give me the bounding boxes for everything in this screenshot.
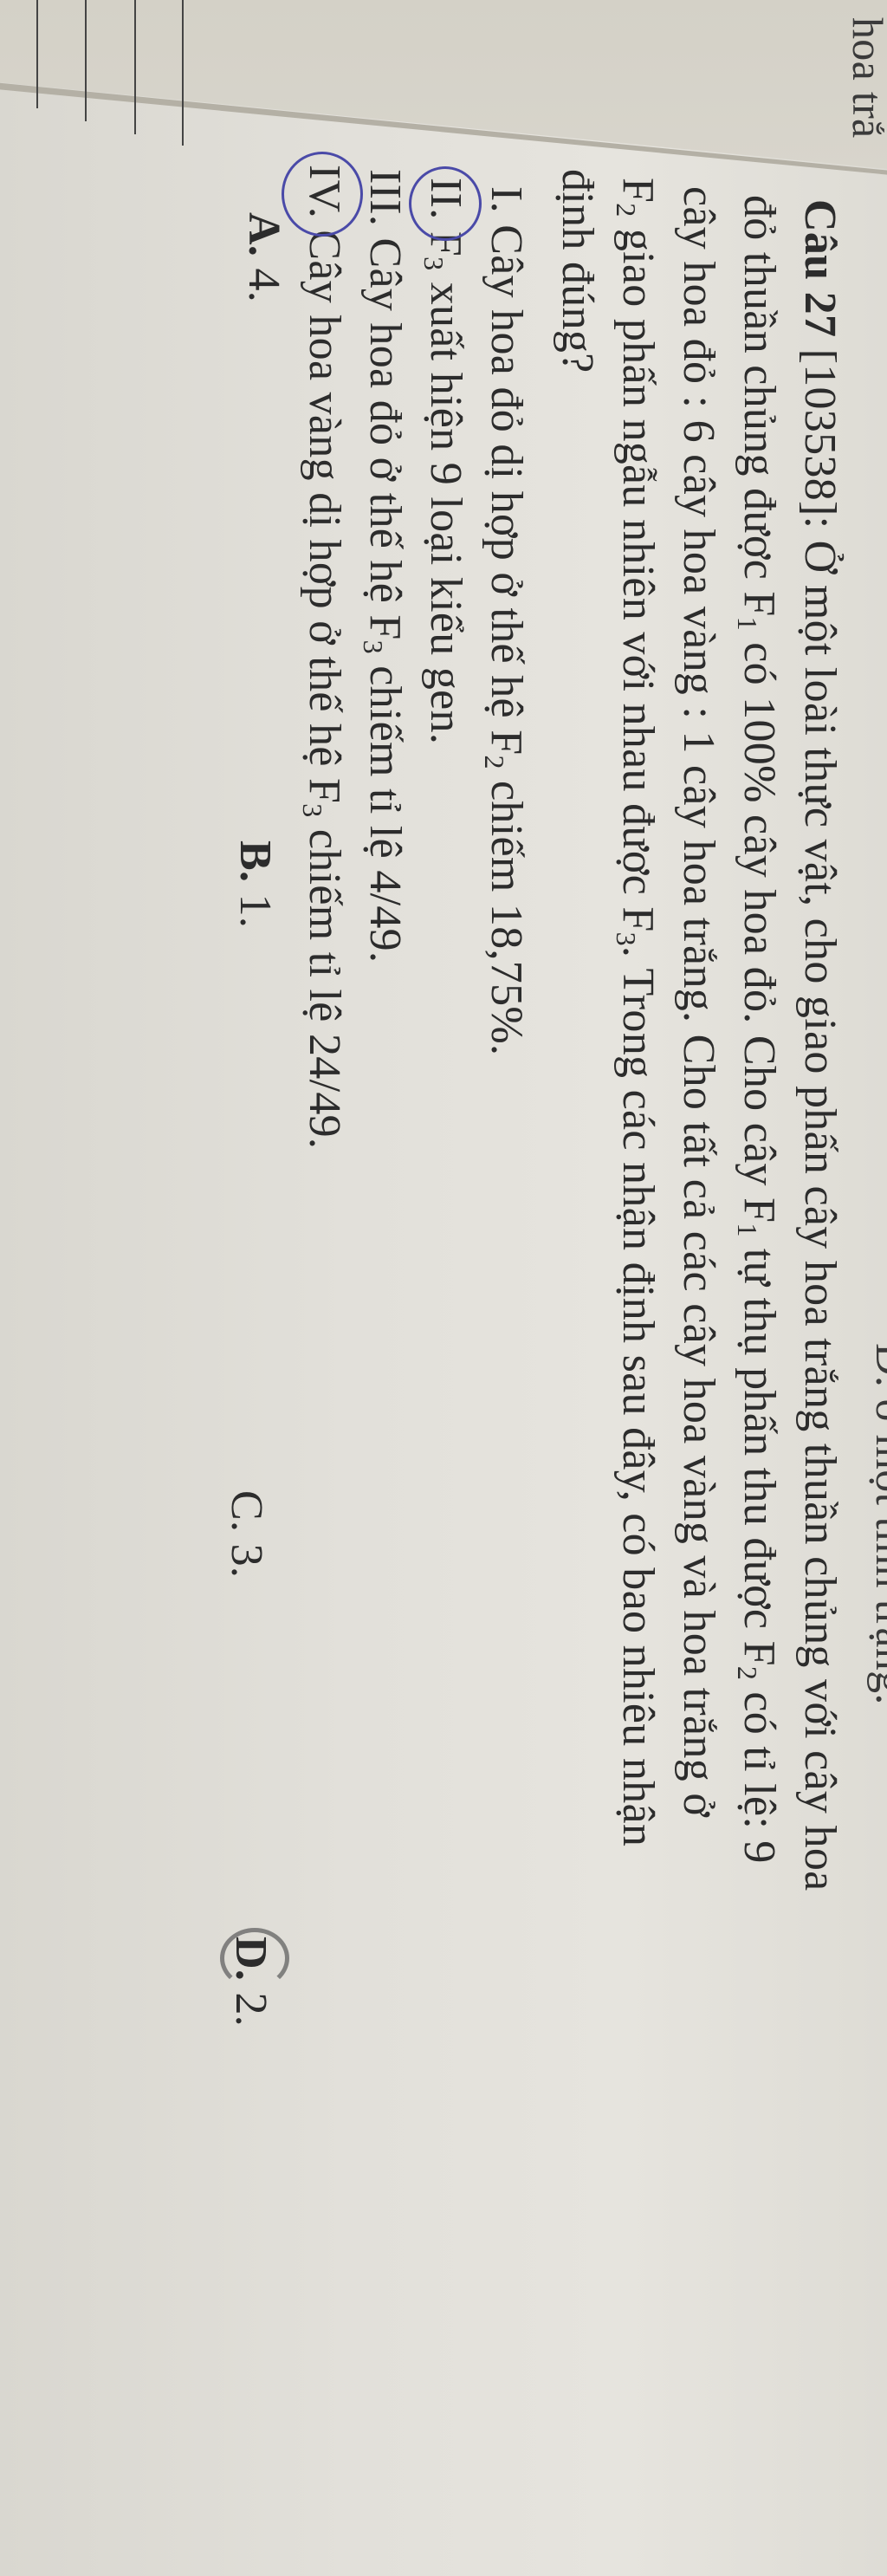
statement-text: xuất hiện 9 loại kiểu gen. xyxy=(421,270,470,744)
answer-option-b: B. 1. xyxy=(229,840,281,928)
question-id: [103538]: xyxy=(795,349,845,529)
question-line-2: đỏ thuần chủng được F1 có 100% cây hoa đ… xyxy=(733,195,785,1864)
answer-value: 3. xyxy=(222,1532,271,1578)
statement-numeral: I. xyxy=(482,186,531,213)
question-text: đỏ thuần chủng được F xyxy=(735,195,784,617)
statement-text: chiếm 18,75%. xyxy=(482,769,531,1056)
subscript: 2 xyxy=(732,1666,763,1680)
subscript: 3 xyxy=(611,932,642,946)
question-label: Câu 27 xyxy=(795,199,845,337)
statement-text: chiếm tỉ lệ 24/49. xyxy=(300,818,349,1150)
question-text: Ở một loài thực vật, cho giao phấn cây h… xyxy=(795,529,845,1891)
answer-letter: B. xyxy=(230,840,280,882)
answer-option-c: C. 3. xyxy=(220,1490,272,1578)
photographed-exam-page: hoa trắ D. ở một tính trạng. Câu 27 [103… xyxy=(0,0,887,2576)
previous-question-option-d: D. ở một tính trạng. xyxy=(864,1343,887,1705)
pen-circle-mark-iv xyxy=(282,152,363,237)
subscript: 3 xyxy=(297,803,328,817)
answer-letter: A. xyxy=(239,212,288,256)
answer-letter: C. xyxy=(222,1490,271,1532)
statement-iv: IV. Cây hoa vàng dị hợp ở thế hệ F3 chiế… xyxy=(298,165,350,1149)
subscript: 2 xyxy=(611,203,642,217)
question-line-1: Câu 27 [103538]: Ở một loài thực vật, ch… xyxy=(793,199,845,1891)
answer-value: 1. xyxy=(230,882,280,928)
statement-text: Cây hoa đỏ ở thế hệ F xyxy=(360,226,410,639)
subscript: 1 xyxy=(732,1223,763,1236)
question-text: giao phấn ngẫu nhiên với nhau được F xyxy=(613,217,663,932)
question-line-4: F2 giao phấn ngẫu nhiên với nhau được F3… xyxy=(612,178,664,1846)
subscript: 3 xyxy=(418,256,450,270)
question-text: F xyxy=(613,178,663,203)
exam-question-page: hoa trắ D. ở một tính trạng. Câu 27 [103… xyxy=(0,0,887,2576)
statement-text: Cây hoa vàng dị hợp ở thế hệ F xyxy=(300,218,349,803)
pencil-circle-mark-d xyxy=(220,1928,289,1989)
question-line-3: cây hoa đỏ : 6 cây hoa vàng : 1 cây hoa … xyxy=(672,186,724,1817)
pen-circle-mark-ii xyxy=(409,166,482,241)
answer-value: 4. xyxy=(239,256,288,302)
statement-iii: III. Cây hoa đỏ ở thế hệ F3 chiếm tỉ lệ … xyxy=(359,169,411,963)
question-text: tự thụ phấn thu được F xyxy=(735,1237,784,1666)
statement-numeral: III. xyxy=(360,169,410,226)
subscript: 3 xyxy=(358,640,389,654)
statement-text: Cây hoa đỏ dị hợp ở thế hệ F xyxy=(482,213,531,756)
question-text: cây hoa đỏ : 6 cây hoa vàng : 1 cây hoa … xyxy=(674,186,723,1817)
question-text: . Trong các nhận định sau đây, có bao nh… xyxy=(613,946,663,1846)
question-line-5: định đúng? xyxy=(551,169,603,373)
prev-page-fragment: hoa trắ xyxy=(842,17,887,139)
question-text: định đúng? xyxy=(553,169,602,373)
question-text: có tỉ lệ: 9 xyxy=(735,1680,784,1864)
statement-i: I. Cây hoa đỏ dị hợp ở thế hệ F2 chiếm 1… xyxy=(480,186,532,1055)
statement-ii: II. F3 xuất hiện 9 loại kiểu gen. xyxy=(419,178,471,744)
answer-option-a: A. 4. xyxy=(237,212,289,302)
subscript: 2 xyxy=(479,755,510,769)
question-text: có 100% cây hoa đỏ. Cho cây F xyxy=(735,631,784,1223)
subscript: 1 xyxy=(732,617,763,631)
statement-text: chiếm tỉ lệ 4/49. xyxy=(360,654,410,963)
